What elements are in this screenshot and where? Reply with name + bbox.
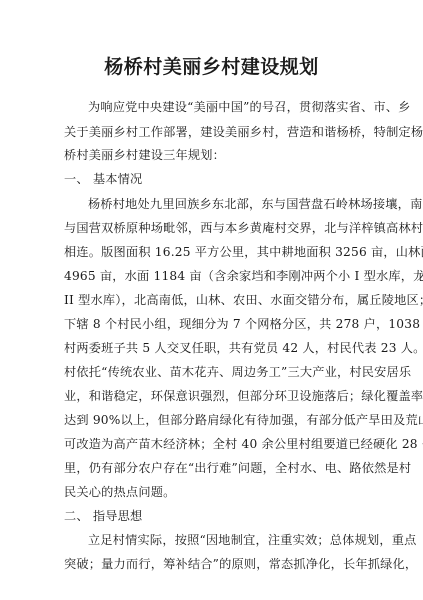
- section-heading-2: 二、 指导思想: [64, 507, 142, 524]
- paragraph-line: 立足村情实际，按照“因地制宜，注重实效；总体规划，重点: [88, 531, 417, 548]
- document-title: 杨桥村美丽乡村建设规划: [0, 52, 423, 79]
- paragraph-line: 4965 亩，水面 1184 亩（含余家垱和李刚冲两个小 I 型水库，龙泉小: [64, 267, 423, 284]
- paragraph-line: 达到 90%以上，但部分路肩绿化有待加强，有部分低产旱田及荒山: [64, 411, 423, 428]
- paragraph-line: II 型水库），北高南低，山林、农田、水面交错分布，属丘陵地区；: [64, 291, 423, 308]
- paragraph-line: 村两委班子共 5 人交叉任职，共有党员 42 人，村民代表 23 人。全: [64, 339, 423, 356]
- paragraph-line: 桥村美丽乡村建设三年规划：: [64, 146, 225, 163]
- paragraph-line: 为响应党中央建设“美丽中国”的号召，贯彻落实省、市、乡: [88, 98, 411, 115]
- paragraph-line: 村依托“传统农业、苗木花卉、周边务工”三大产业，村民安居乐: [64, 363, 411, 380]
- paragraph-line: 民关心的热点问题。: [64, 483, 176, 500]
- paragraph-line: 业，和谐稳定，环保意识强烈，但部分环卫设施落后；绿化覆盖率: [64, 387, 423, 404]
- paragraph-line: 相连。版图面积 16.25 平方公里，其中耕地面积 3256 亩，山林面积: [64, 243, 423, 260]
- paragraph-line: 关于美丽乡村工作部署，建设美丽乡村，营造和谐杨桥，特制定杨: [64, 123, 423, 140]
- section-heading-1: 一、 基本情况: [64, 170, 142, 187]
- paragraph-line: 突破；量力而行，筹补结合”的原则，常态抓净化，长年抓绿化，: [64, 555, 417, 572]
- paragraph-line: 与国营双桥原种场毗邻，西与本乡黄庵村交界，北与洋梓镇高林村: [64, 219, 423, 236]
- paragraph-line: 杨桥村地处九里回族乡东北部，东与国营盘石岭林场接壤，南: [88, 195, 422, 212]
- paragraph-line: 下辖 8 个村民小组，现细分为 7 个网格分区，共 278 户，1038 人，: [64, 315, 423, 332]
- paragraph-line: 可改造为高产苗木经济林；全村 40 余公里村组要道已经硬化 28 公: [64, 435, 423, 452]
- paragraph-line: 里，仍有部分农户存在“出行难”问题，全村水、电、路依然是村: [64, 459, 411, 476]
